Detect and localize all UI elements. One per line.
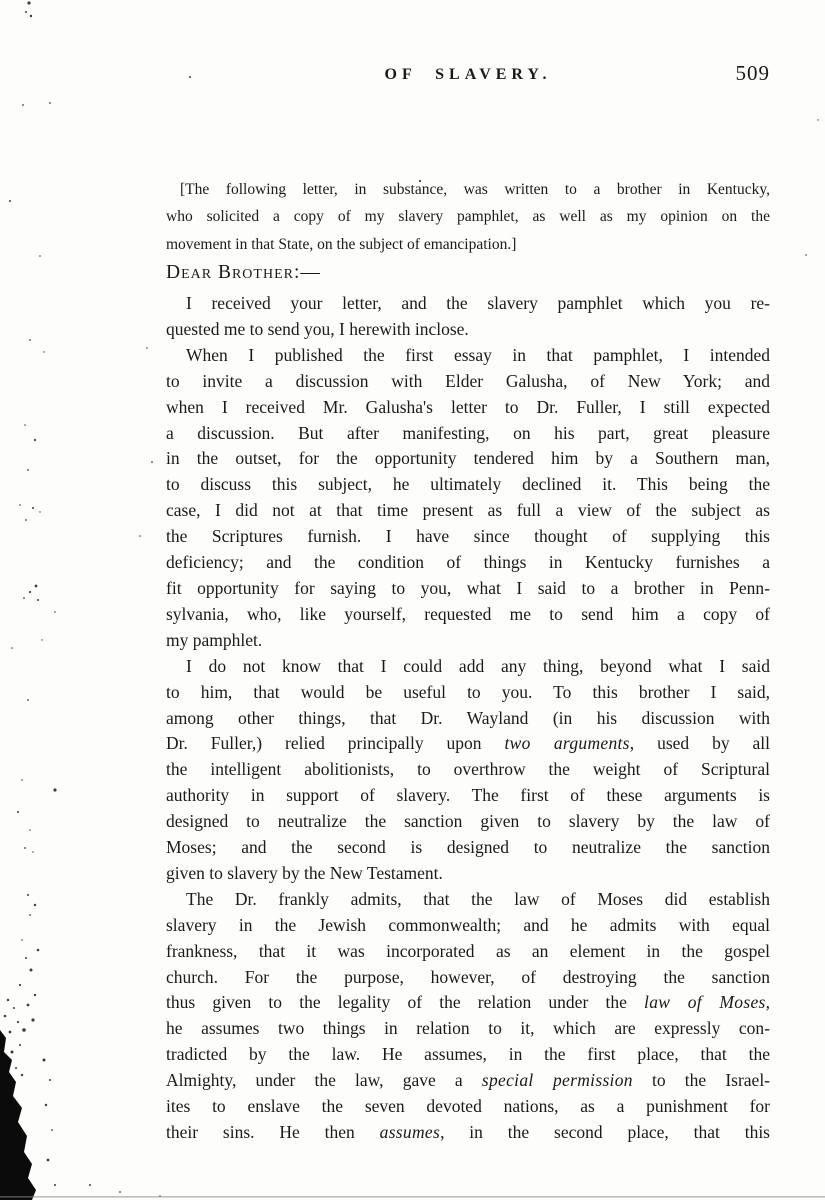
text-line: when I received Mr. Galusha's letter to … (166, 395, 770, 421)
text-line: slavery in the Jewish commonwealth; and … (166, 913, 770, 939)
text-line: tradicted by the law. He assumes, in the… (166, 1042, 770, 1068)
text-line: thus given to the legality of the relati… (166, 990, 770, 1016)
text-line: the Scriptures furnish. I have since tho… (166, 524, 770, 550)
text-line: to invite a discussion with Elder Galush… (166, 369, 770, 395)
text-line: who solicited a copy of my slavery pamph… (166, 203, 770, 230)
text-line: he assumes two things in relation to it,… (166, 1016, 770, 1042)
gutter-ink-blob (0, 1030, 36, 1200)
text-line: given to slavery by the New Testament. (166, 861, 770, 887)
text-line: deficiency; and the condition of things … (166, 550, 770, 576)
paragraph: The Dr. frankly admits, that the law of … (166, 887, 770, 1146)
text-line: to discuss this subject, he ultimately d… (166, 472, 770, 498)
text-line: frankness, that it was incorporated as a… (166, 939, 770, 965)
text-line: my pamphlet. (166, 628, 770, 654)
text-line: Dr. Fuller,) relied principally upon two… (166, 731, 770, 757)
text-line: Almighty, under the law, gave a special … (166, 1068, 770, 1094)
text-line: among other things, that Dr. Wayland (in… (166, 706, 770, 732)
text-line: the intelligent abolitionists, to overth… (166, 757, 770, 783)
text-line: [The following letter, in substance, was… (166, 176, 770, 203)
text-line: When I published the first essay in that… (166, 343, 770, 369)
text-line: The Dr. frankly admits, that the law of … (166, 887, 770, 913)
page-number: 509 (736, 61, 771, 86)
book-page: OF SLAVERY. 509 [The following letter, i… (0, 0, 825, 1200)
text-line: fit opportunity for saying to you, what … (166, 576, 770, 602)
running-title: OF SLAVERY. (166, 66, 770, 84)
text-line: ites to enslave the seven devoted nation… (166, 1094, 770, 1120)
text-line: I received your letter, and the slavery … (166, 291, 770, 317)
text-line: their sins. He then assumes, in the seco… (166, 1120, 770, 1146)
text-line: quested me to send you, I herewith inclo… (166, 317, 770, 343)
bottom-edge-line (0, 1196, 825, 1198)
paragraph: I do not know that I could add any thing… (166, 654, 770, 887)
letter-body: I received your letter, and the slavery … (166, 291, 770, 1146)
text-line: Moses; and the second is designed to neu… (166, 835, 770, 861)
text-line: case, I did not at that time present as … (166, 498, 770, 524)
salutation: Dear Brother:— (166, 262, 770, 284)
text-line: designed to neutralize the sanction give… (166, 809, 770, 835)
text-line: sylvania, who, like yourself, requested … (166, 602, 770, 628)
text-line: I do not know that I could add any thing… (166, 654, 770, 680)
intro-note: [The following letter, in substance, was… (166, 176, 770, 258)
text-line: in the outset, for the opportunity tende… (166, 446, 770, 472)
text-line: a discussion. But after manifesting, on … (166, 421, 770, 447)
paragraph: When I published the first essay in that… (166, 343, 770, 654)
text-line: to him, that would be useful to you. To … (166, 680, 770, 706)
text-line: authority in support of slavery. The fir… (166, 783, 770, 809)
text-line: movement in that State, on the subject o… (166, 231, 770, 258)
paragraph: I received your letter, and the slavery … (166, 291, 770, 343)
text-line: church. For the purpose, however, of des… (166, 965, 770, 991)
